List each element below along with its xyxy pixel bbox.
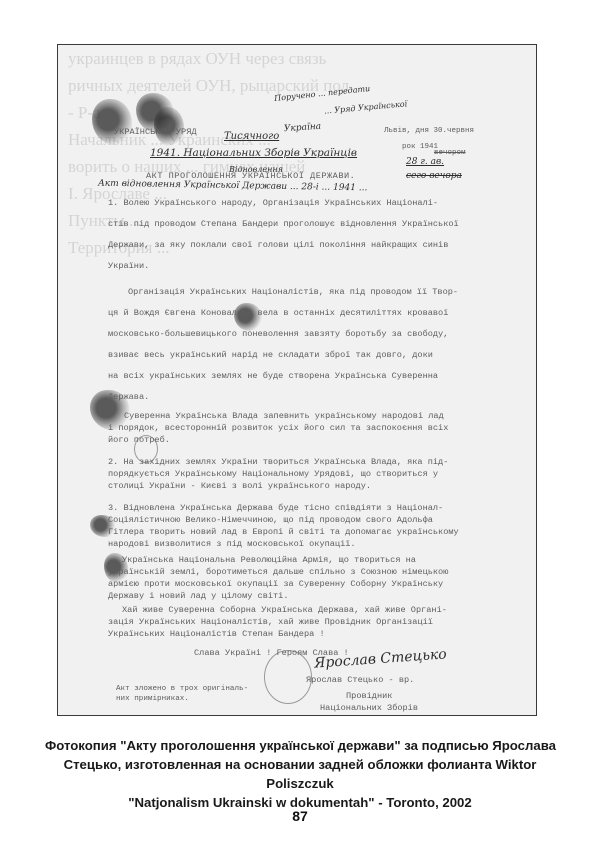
act-text-line: Держави, за яку поклали свої голови цілі… <box>108 240 448 250</box>
act-text-line: порядкується Українському Національному … <box>108 469 438 479</box>
act-text-line: Українська Національна Революційна Армія… <box>122 555 416 565</box>
act-text-line: українській землі, боротиметься дальше с… <box>108 567 448 577</box>
act-text-line: його потреб. <box>108 435 170 445</box>
handwritten-note: Тисячного <box>224 131 279 142</box>
copies-note: Акт зложено в трох оригіналь- <box>116 685 248 693</box>
act-text-line: і порядок, всесторонній розвиток усіх йо… <box>108 423 448 433</box>
act-text-line: народові визволитися з під московської о… <box>108 539 356 549</box>
caption-line: Стецько, изготовленная на основании задн… <box>40 755 560 793</box>
signatory-role: Провідник <box>346 691 392 701</box>
seal-blot <box>92 99 132 145</box>
handwritten-note: ... Уряд Української <box>324 99 408 115</box>
bleed-line: украинцев в рядах ОУН через связь <box>68 45 526 72</box>
act-text-line: Хай живе Суверенна Соборна Українська Де… <box>122 605 447 615</box>
signatory-name: Ярослав Стецько - вр. <box>306 675 414 685</box>
handwritten-note: 1941. Національних Зборів Українців <box>150 147 357 159</box>
signatory-role: Національних Зборів <box>320 703 418 713</box>
act-text-line: Організація Українських Націоналістів, я… <box>128 287 458 297</box>
act-text-line: Соціялістичною Велико-Німеччиною, що під… <box>108 515 433 525</box>
act-text-line: Суверенна Українська Влада запевнить укр… <box>124 411 444 421</box>
handwritten-note: 28 г. ав. <box>406 157 444 167</box>
act-title: АКТ ПРОГОЛОШЕННЯ УКРАЇНСЬКОЇ ДЕРЖАВИ. <box>146 171 355 181</box>
act-text-line: московсько-большевицького поневолення за… <box>108 329 448 339</box>
act-text-line: на всіх українських землях не буде створ… <box>108 371 438 381</box>
header-left: УКРАЇНСЬКИЙ УРЯД <box>114 127 197 137</box>
handwritten-note: Україна <box>284 122 322 135</box>
document-photocopy: украинцев в рядах ОУН через связь ричных… <box>57 44 537 716</box>
figure-caption: Фотокопия "Акту проголошення української… <box>40 736 560 812</box>
act-text-line: України. <box>108 261 149 271</box>
act-text-line: армією проти московської окупації за Сув… <box>108 579 443 589</box>
caption-line: Фотокопия "Акту проголошення української… <box>40 736 560 755</box>
handwritten-note: сего вечора <box>406 171 462 181</box>
handwritten-note: Поручено ... передати <box>274 84 371 103</box>
act-text-line: зація Українських Націоналістів, хай жив… <box>108 617 433 627</box>
act-text-line: ця й Вождя Євгена Коновальця вела в оста… <box>108 308 448 318</box>
page-number: 87 <box>0 808 600 824</box>
act-text-line: Українських Націоналістів Степан Бандера… <box>108 629 325 639</box>
copies-note: них примірниках. <box>116 695 189 703</box>
act-text-line: Гітлера творить новий лад в Европі й сві… <box>108 527 459 537</box>
act-text-line: Державу і новий лад у цілому світі. <box>108 591 289 601</box>
act-text-line: 3. Відновлена Українська Держава буде ті… <box>108 503 443 513</box>
act-text-line: столиці України - Києві з волі українськ… <box>108 481 371 491</box>
header-year: рок 1941 <box>402 143 438 151</box>
header-date: Львів, дня 30.червня <box>384 127 474 135</box>
typed-act-sheet: УКРАЇНСЬКИЙ УРЯД Львів, дня 30.червня ро… <box>84 85 524 705</box>
header-evening: вечором <box>434 149 466 157</box>
act-text-line: 1. Волею Українського народу, Організаці… <box>108 198 438 208</box>
act-text-line: Держава. <box>108 392 149 402</box>
act-text-line: стів під проводом Степана Бандери прогол… <box>108 219 459 229</box>
stamp-circle <box>264 650 312 704</box>
act-text-line: взиває весь український нарід не складат… <box>108 350 433 360</box>
act-text-line: 2. На західних землях України твориться … <box>108 457 448 467</box>
